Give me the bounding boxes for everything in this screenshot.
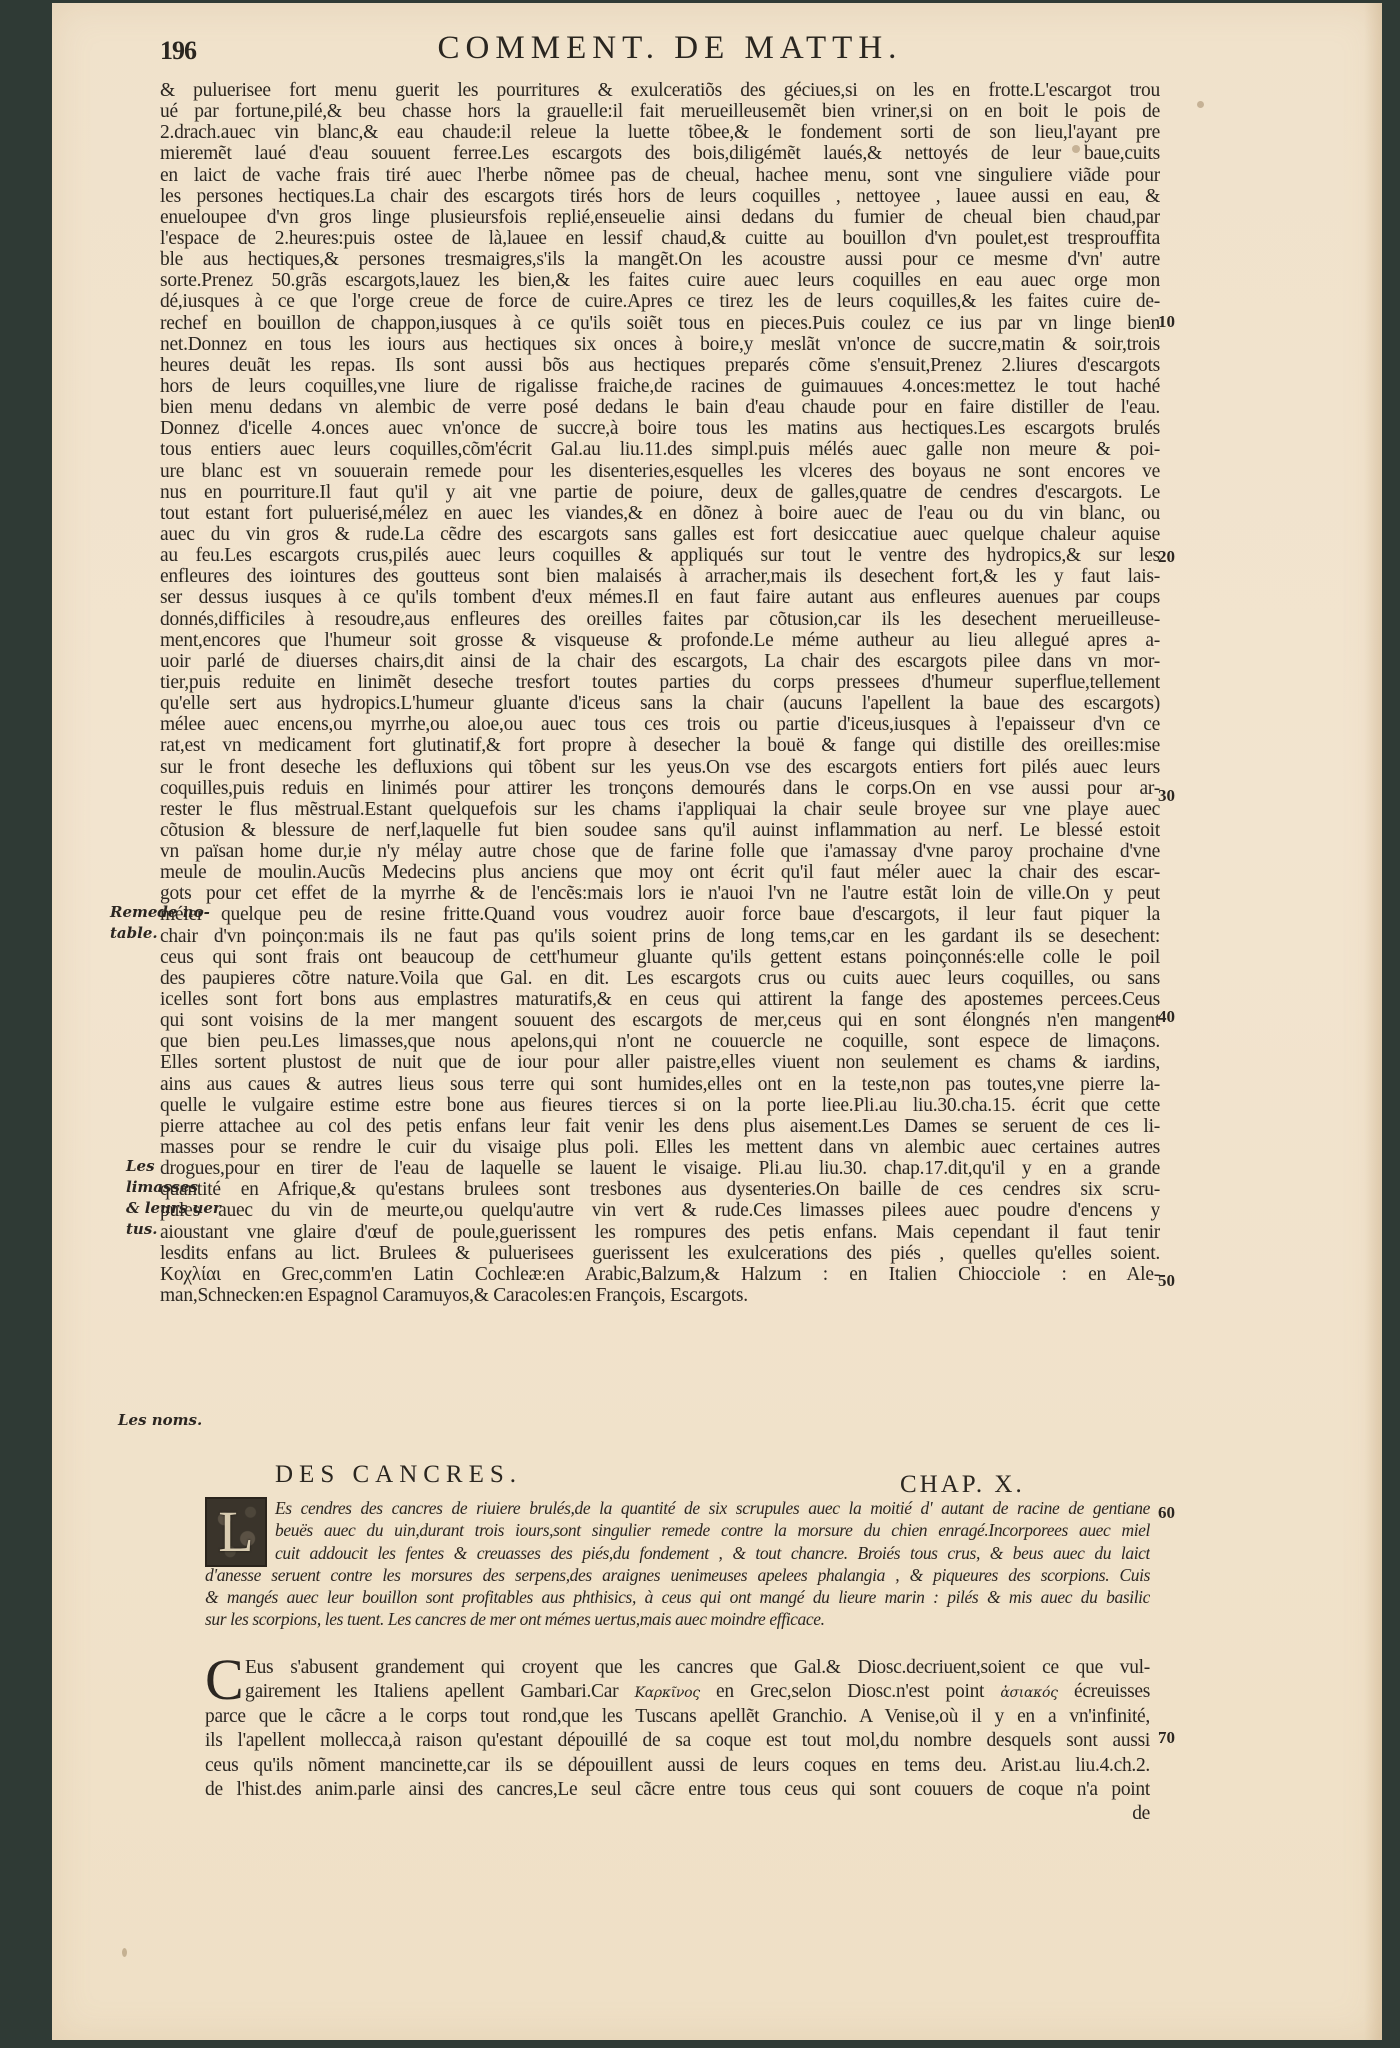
greek-word: Καρκῖνος (635, 1685, 700, 1701)
text-line: méler quelque peu de resine fritte.Quand… (160, 904, 1160, 925)
text-line: d'anesse seruent contre les morsures des… (205, 1564, 1150, 1586)
margin-note-line: Les noms. (118, 1410, 218, 1431)
text-line: l'espace de 2.heures:puis ostee de là,la… (160, 228, 1160, 249)
text-line: de l'hist.des anim.parle ainsi des cancr… (205, 1778, 1150, 1802)
text-line: coquilles,puis reduis en linimés pour at… (160, 778, 1160, 799)
text-line: cuit addoucit les fentes & creuasses des… (205, 1542, 1150, 1564)
commentary-text: Eus s'abusent grandement qui croyent que… (205, 1656, 1150, 1827)
text-line: net.Donnez en tous les iours aus hectiqu… (160, 334, 1160, 355)
text-line: cõtusion & blessure de nerf,laquelle fut… (160, 820, 1160, 841)
text-line: Es cendres des cancres de riuiere brulés… (205, 1497, 1150, 1519)
text-line: masses pour se rendre le cuir du visaige… (160, 1137, 1160, 1158)
text-line: au feu.Les escargots crus,pilés auec leu… (160, 545, 1160, 566)
text-line: parce que le cãcre a le corps tout rond,… (205, 1705, 1150, 1729)
text-line: gots pour cet effet de la myrrhe & de l'… (160, 883, 1160, 904)
margin-note-remede: Remede no- table. (110, 902, 210, 944)
text-line: hors de leurs coquilles,vne liure de rig… (160, 376, 1160, 397)
line-number-10: 10 (1158, 312, 1175, 332)
text-line: vn païsan home dur,ie n'y mélay autre ch… (160, 841, 1160, 862)
paper-stain (1197, 101, 1204, 108)
text-line: & puluerisee fort menu guerit les pourri… (160, 80, 1160, 101)
line-number-50: 50 (1158, 1271, 1175, 1291)
text-line: Elles sortent plustost de nuit que de io… (160, 1052, 1160, 1073)
line-number-60: 60 (1158, 1503, 1175, 1523)
text-line: rester le flus mẽstrual.Estant quelquefo… (160, 799, 1160, 820)
text-line: ure blanc est vn souuerain remede pour l… (160, 461, 1160, 482)
text-line: gairement les Italiens apellent Gambari.… (205, 1680, 1150, 1704)
text-line: & mangés auec leur bouillon sont profita… (205, 1586, 1150, 1608)
text-line: meule de moulin.Aucũs Medecins plus anci… (160, 862, 1160, 883)
text-line: Donnez d'icelle 4.onces auec vn'once de … (160, 418, 1160, 439)
line-number-40: 40 (1158, 1007, 1175, 1027)
text-line: chair d'vn poinçon:mais ils ne faut pas … (160, 926, 1160, 947)
margin-note-line: tus. (126, 1219, 226, 1240)
text-line: enfleures des iointures des goutteus son… (160, 566, 1160, 587)
text-line: man,Schnecken:en Espagnol Caramuyos,& Ca… (160, 1285, 1160, 1306)
text-line: aioustant vne glaire d'œuf de poule,guer… (160, 1222, 1160, 1243)
text-line: auec du vin gros & rude.La cẽdre des esc… (160, 524, 1160, 545)
chapter-intro-text: Es cendres des cancres de riuiere brulés… (205, 1497, 1150, 1631)
text-line: heures deuãt les repas. Ils sont aussi b… (160, 355, 1160, 376)
page-header: 196 COMMENT. DE MATTH. (160, 30, 1180, 70)
line-number-70: 70 (1158, 1728, 1175, 1748)
margin-note-line: Remede no- (110, 902, 210, 923)
text-line: mieremẽt laué d'eau souuent ferree.Les e… (160, 143, 1160, 164)
text-line: que bien peu.Les limasses,que nous apelo… (160, 1031, 1160, 1052)
text-line: bien menu dedans vn alembic de verre pos… (160, 397, 1160, 418)
text-line: rat,est vn medicament fort glutinatif,& … (160, 735, 1160, 756)
text-line: icelles sont fort bons aus emplastres ma… (160, 989, 1160, 1010)
text-line: tier,puis reduite en linimẽt deseche tre… (160, 672, 1160, 693)
text-line: ué par fortune,pilé,& beu chasse hors la… (160, 101, 1160, 122)
margin-note-line: table. (110, 923, 210, 944)
text-segment: en Grec,selon Diosc.n'est point (700, 1681, 1001, 1702)
margin-note-limasses: Les limasses & leurs uer tus. (126, 1156, 226, 1240)
text-line: Eus s'abusent grandement qui croyent que… (205, 1656, 1150, 1680)
text-line: qui sont voisins de la mer mangent souue… (160, 1010, 1160, 1031)
text-line: les persones hectiques.La chair des esca… (160, 186, 1160, 207)
margin-note-line: Les limasses (126, 1156, 226, 1198)
text-line: ble aus hectiques,& persones tresmaigres… (160, 249, 1160, 270)
text-line: tous entiers auec leurs coquilles,cõm'éc… (160, 439, 1160, 460)
text-line: Κοχλίαι en Grec,comm'en Latin Cochleæ:en… (160, 1264, 1160, 1285)
text-line: ment,encores que l'humeur soit grosse & … (160, 630, 1160, 651)
text-line: ils l'apellent mollecca,à raison qu'esta… (205, 1729, 1150, 1753)
text-segment: gairement les Italiens apellent Gambari.… (245, 1681, 618, 1702)
text-line: en laict de vache frais tiré auec l'herb… (160, 165, 1160, 186)
line-number-20: 20 (1158, 547, 1175, 567)
text-line: sur les scorpions, les tuent. Les cancre… (205, 1608, 1150, 1630)
text-line: tout estant fort puluerisé,mélez en auec… (160, 503, 1160, 524)
text-line: pules auec du vin de meurte,ou quelqu'au… (160, 1200, 1160, 1221)
margin-note-line: & leurs uer (126, 1198, 226, 1219)
text-line: sur le front deseche les defluxions qui … (160, 757, 1160, 778)
text-line: nus en pourriture.Il faut qu'il y ait vn… (160, 482, 1160, 503)
text-line: des paupieres cõtre nature.Voila que Gal… (160, 968, 1160, 989)
text-line: enueloupee d'vn gros linge plusieursfois… (160, 207, 1160, 228)
chapter-number: CHAP. X. (900, 1471, 1025, 1499)
text-line: sorte.Prenez 50.grãs escargots,lauez les… (160, 270, 1160, 291)
text-line: beuës auec du uin,durant trois iours,son… (205, 1519, 1150, 1541)
text-segment: écreuisses (1058, 1681, 1150, 1702)
text-line: ceus qu'ils nõment mancinette,car ils se… (205, 1754, 1150, 1778)
text-line: qu'elle sert aus hydropics.L'humeur glua… (160, 693, 1160, 714)
text-line: lesdits enfans au lict. Brulees & puluer… (160, 1243, 1160, 1264)
text-line: quantité en Afrique,& qu'estans brulees … (160, 1179, 1160, 1200)
catchword: de (205, 1802, 1150, 1826)
text-line: dé,iusques à ce que l'orge creue de forc… (160, 291, 1160, 312)
text-line: ser dessus iusques à ce qu'ils tombent d… (160, 587, 1160, 608)
text-line: pierre attachee au col des petis enfans … (160, 1116, 1160, 1137)
text-line: ceus qui sont frais ont beaucoup de cett… (160, 947, 1160, 968)
text-line: uoir parlé de diuerses chairs,dit ainsi … (160, 651, 1160, 672)
text-line: mélee auec encens,ou myrrhe,ou aloe,ou a… (160, 714, 1160, 735)
text-line: donnés,difficiles à resoudre,aus enfleur… (160, 609, 1160, 630)
main-text-block: & puluerisee fort menu guerit les pourri… (160, 80, 1160, 1306)
greek-word: ἀσιακός (1000, 1685, 1057, 1701)
paper-stain (122, 1948, 127, 1957)
line-number-30: 30 (1158, 786, 1175, 806)
running-head: COMMENT. DE MATTH. (160, 30, 1180, 67)
chapter-title: DES CANCRES. (275, 1461, 522, 1489)
text-line: quelle le vulgaire estime estre bone aus… (160, 1095, 1160, 1116)
text-line: ains aus caues & autres lieus sous terre… (160, 1074, 1160, 1095)
text-line: drogues,pour en tirer de l'eau de laquel… (160, 1158, 1160, 1179)
margin-note-noms: Les noms. (118, 1410, 218, 1431)
text-line: rechef en bouillon de chappon,iusques à … (160, 313, 1160, 334)
text-line: 2.drach.auec vin blanc,& eau chaude:il r… (160, 122, 1160, 143)
